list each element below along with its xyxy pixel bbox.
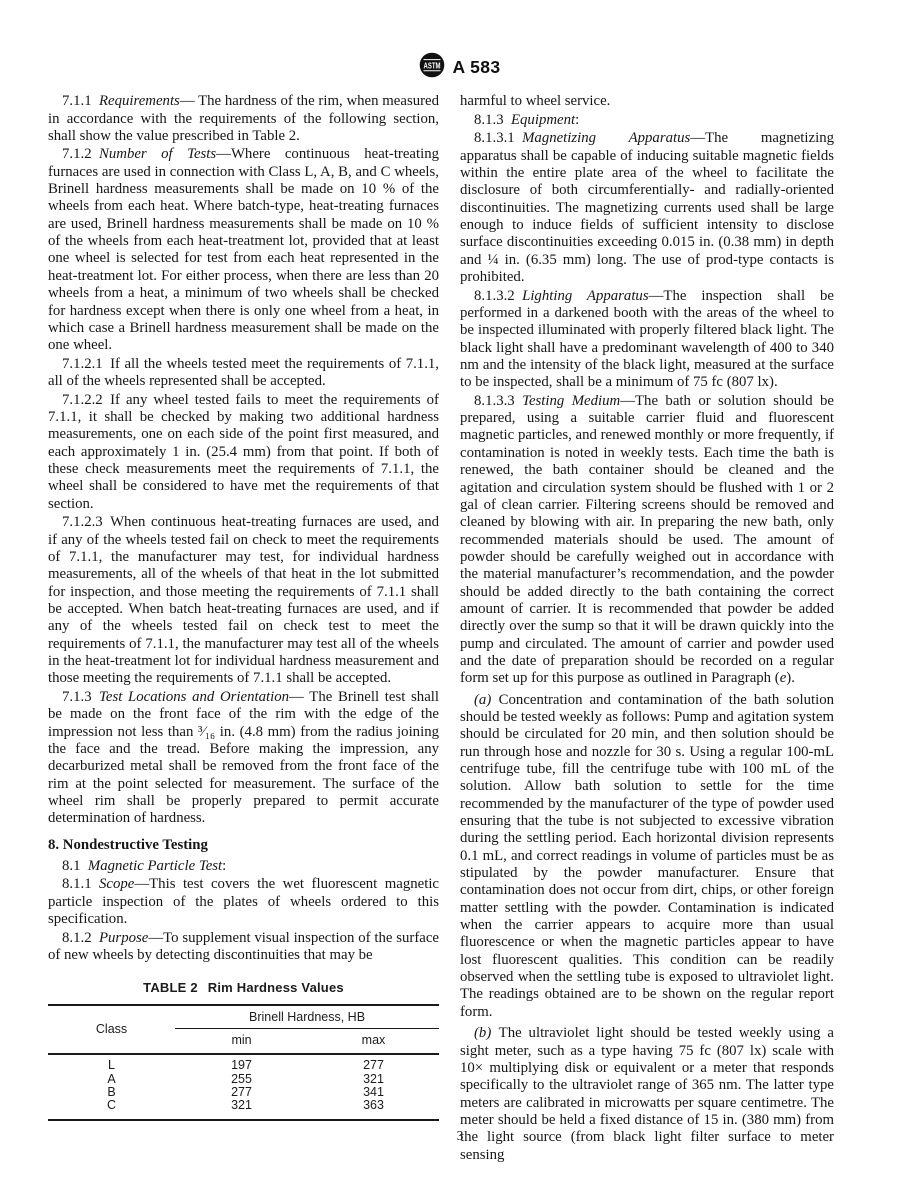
left-column-paragraphs: 7.1.1 Requirements— The hardness of the … <box>48 93 439 964</box>
col-header-class: Class <box>48 1021 175 1038</box>
table-title: TABLE 2Rim Hardness Values <box>48 979 439 996</box>
rim-hardness-table: TABLE 2Rim Hardness Values Class Brinell… <box>48 979 439 1120</box>
document-header: ASTM A 583 <box>0 52 920 83</box>
paragraph: 7.1.3 Test Locations and Orientation— Th… <box>48 689 439 828</box>
col-header-max: max <box>308 1029 439 1053</box>
document-page: ASTM A 583 7.1.1 Requirements— The hardn… <box>0 0 920 1191</box>
cell-class: B <box>48 1086 175 1099</box>
table-row: A 255 321 <box>48 1073 439 1086</box>
paragraph: (a) Concentration and contamination of t… <box>460 692 834 1022</box>
cell-class: A <box>48 1073 175 1086</box>
cell-max: 321 <box>308 1073 439 1086</box>
cell-class: L <box>48 1059 175 1072</box>
paragraph: 7.1.2.2 If any wheel tested fails to mee… <box>48 392 439 513</box>
cell-class: C <box>48 1099 175 1112</box>
svg-text:ASTM: ASTM <box>424 61 441 71</box>
cell-min: 255 <box>175 1073 308 1086</box>
document-number: A 583 <box>452 57 500 78</box>
table-body: Class Brinell Hardness, HB min max L 197… <box>48 1004 439 1121</box>
table-header: Class Brinell Hardness, HB min max <box>48 1006 439 1056</box>
right-column: harmful to wheel service.8.1.3 Equipment… <box>460 92 834 1164</box>
cell-max: 363 <box>308 1099 439 1112</box>
paragraph: 8.1.3 Equipment: <box>460 112 834 129</box>
cell-min: 197 <box>175 1059 308 1072</box>
col-group-header-brinell: Brinell Hardness, HB <box>175 1006 439 1029</box>
paragraph: 8.1.3.3 Testing Medium—The bath or solut… <box>460 393 834 688</box>
paragraph: 7.1.2 Number of Tests—Where continuous h… <box>48 146 439 354</box>
paragraph: 8.1.2 Purpose—To supplement visual inspe… <box>48 930 439 965</box>
paragraph: 8.1.1 Scope—This test covers the wet flu… <box>48 876 439 928</box>
paragraph: 7.1.2.3 When continuous heat-treating fu… <box>48 514 439 687</box>
table-label: TABLE 2 <box>143 980 198 995</box>
table-rows: L 197 277 A 255 321 B 277 341 <box>48 1055 439 1118</box>
paragraph: 8.1.3.2 Lighting Apparatus—The inspectio… <box>460 288 834 392</box>
section-heading: 8. Nondestructive Testing <box>48 837 439 854</box>
paragraph: 7.1.2.1 If all the wheels tested meet th… <box>48 356 439 391</box>
col-header-min: min <box>175 1029 308 1053</box>
cell-max: 277 <box>308 1059 439 1072</box>
left-column: 7.1.1 Requirements— The hardness of the … <box>48 92 439 1164</box>
paragraph: 7.1.1 Requirements— The hardness of the … <box>48 93 439 145</box>
astm-logo-icon: ASTM <box>419 52 445 83</box>
paragraph: harmful to wheel service. <box>460 93 834 110</box>
table-title-text: Rim Hardness Values <box>208 980 344 995</box>
page-number: 3 <box>0 1128 920 1144</box>
paragraph: 8.1 Magnetic Particle Test: <box>48 858 439 875</box>
table-row: B 277 341 <box>48 1086 439 1099</box>
cell-max: 341 <box>308 1086 439 1099</box>
cell-min: 321 <box>175 1099 308 1112</box>
two-column-text: 7.1.1 Requirements— The hardness of the … <box>48 92 834 1164</box>
right-column-paragraphs: harmful to wheel service.8.1.3 Equipment… <box>460 93 834 1164</box>
paragraph: 8.1.3.1 Magnetizing Apparatus—The magnet… <box>460 130 834 286</box>
table-row: L 197 277 <box>48 1059 439 1072</box>
cell-min: 277 <box>175 1086 308 1099</box>
table-row: C 321 363 <box>48 1099 439 1112</box>
